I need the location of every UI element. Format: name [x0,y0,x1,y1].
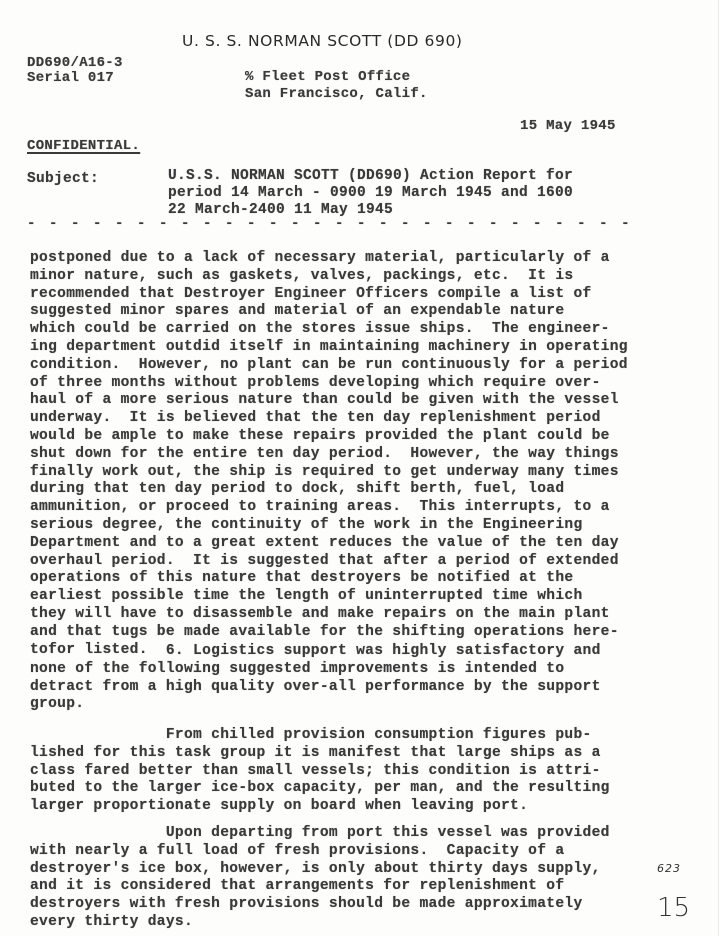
subject-label: Subject: [27,171,99,187]
text-line: underway. It is believed that the ten da… [30,410,601,426]
paragraph-fresh-provisions: Upon departing from port this vessel was… [30,825,610,932]
text-line: they will have to disassemble and make r… [30,606,610,622]
file-number: DD690/A16-3 Serial 017 [27,56,123,86]
text-line: class fared better than small vessels; t… [30,763,601,779]
text-line: condition. However, no plant can be run … [30,357,628,373]
letterhead-title: U. S. S. NORMAN SCOTT (DD 690) [182,32,463,50]
text-line: detract from a high quality over-all per… [30,679,601,695]
serial-number-line: Serial 017 [27,70,114,86]
paragraph-chilled-provisions: From chilled provision consumption figur… [30,727,610,816]
text-line: suggested minor spares and material of a… [30,303,564,319]
text-line: with nearly a full load of fresh provisi… [30,843,564,859]
text-line: 6. Logistics support was highly satisfac… [30,643,601,659]
document-page: U. S. S. NORMAN SCOTT (DD 690) DD690/A16… [0,0,719,936]
text-line: overhaul period. It is suggested that af… [30,553,619,569]
text-line: group. [30,696,84,712]
text-line: earliest possible time the length of uni… [30,588,583,604]
address-line: San Francisco, Calif. [245,86,428,102]
address-block: % Fleet Post Office San Francisco, Calif… [245,69,428,103]
text-line: lished for this task group it is manifes… [30,745,601,761]
subject-line: period 14 March - 0900 19 March 1945 and… [168,185,573,201]
document-date: 15 May 1945 [520,118,616,134]
address-line: % Fleet Post Office [245,69,410,85]
text-line: destroyer's ice box, however, is only ab… [30,861,601,877]
text-line: operations of this nature that destroyer… [30,570,573,586]
text-line: of three months without problems develop… [30,375,601,391]
text-line: which could be carried on the stores iss… [30,321,610,337]
text-line: Upon departing from port this vessel was… [30,825,610,841]
text-line: destroyers with fresh provisions should … [30,896,583,912]
text-line: and that tugs be made available for the … [30,624,619,640]
text-line: postponed due to a lack of necessary mat… [30,250,610,266]
subject-line: U.S.S. NORMAN SCOTT (DD690) Action Repor… [168,168,573,184]
text-line: and it is considered that arrangements f… [30,878,564,894]
text-line: From chilled provision consumption figur… [30,727,592,743]
text-line: shut down for the entire ten day period.… [30,446,619,462]
text-line: finally work out, the ship is required t… [30,464,619,480]
handwritten-page-number: 15 [657,893,690,923]
classification-marking: CONFIDENTIAL. [27,138,140,154]
text-line: ammunition, or proceed to training areas… [30,499,610,515]
text-line: minor nature, such as gaskets, valves, p… [30,268,573,284]
text-line: none of the following suggested improvem… [30,661,564,677]
text-line: recommended that Destroyer Engineer Offi… [30,286,592,302]
page-edge [719,0,727,936]
text-line: ing department outdid itself in maintain… [30,339,628,355]
text-line: larger proportionate supply on board whe… [30,798,528,814]
subject-text: U.S.S. NORMAN SCOTT (DD690) Action Repor… [168,168,573,219]
text-line: every thirty days. [30,914,193,930]
text-line: buted to the larger ice-box capacity, pe… [30,780,610,796]
handwritten-page-reference: 623 [657,862,681,875]
text-line: haul of a more serious nature than could… [30,392,619,408]
text-line: would be ample to make these repairs pro… [30,428,610,444]
separator-line: - - - - - - - - - - - - - - - - - - - - … [27,216,632,232]
paragraph-engineering: postponed due to a lack of necessary mat… [30,250,628,659]
paragraph-logistics: 6. Logistics support was highly satisfac… [30,643,601,714]
text-line: serious degree, the continuity of the wo… [30,517,583,533]
file-number-line: DD690/A16-3 [27,55,123,71]
text-line: during that ten day period to dock, shif… [30,481,564,497]
text-line: Department and to a great extent reduces… [30,535,619,551]
